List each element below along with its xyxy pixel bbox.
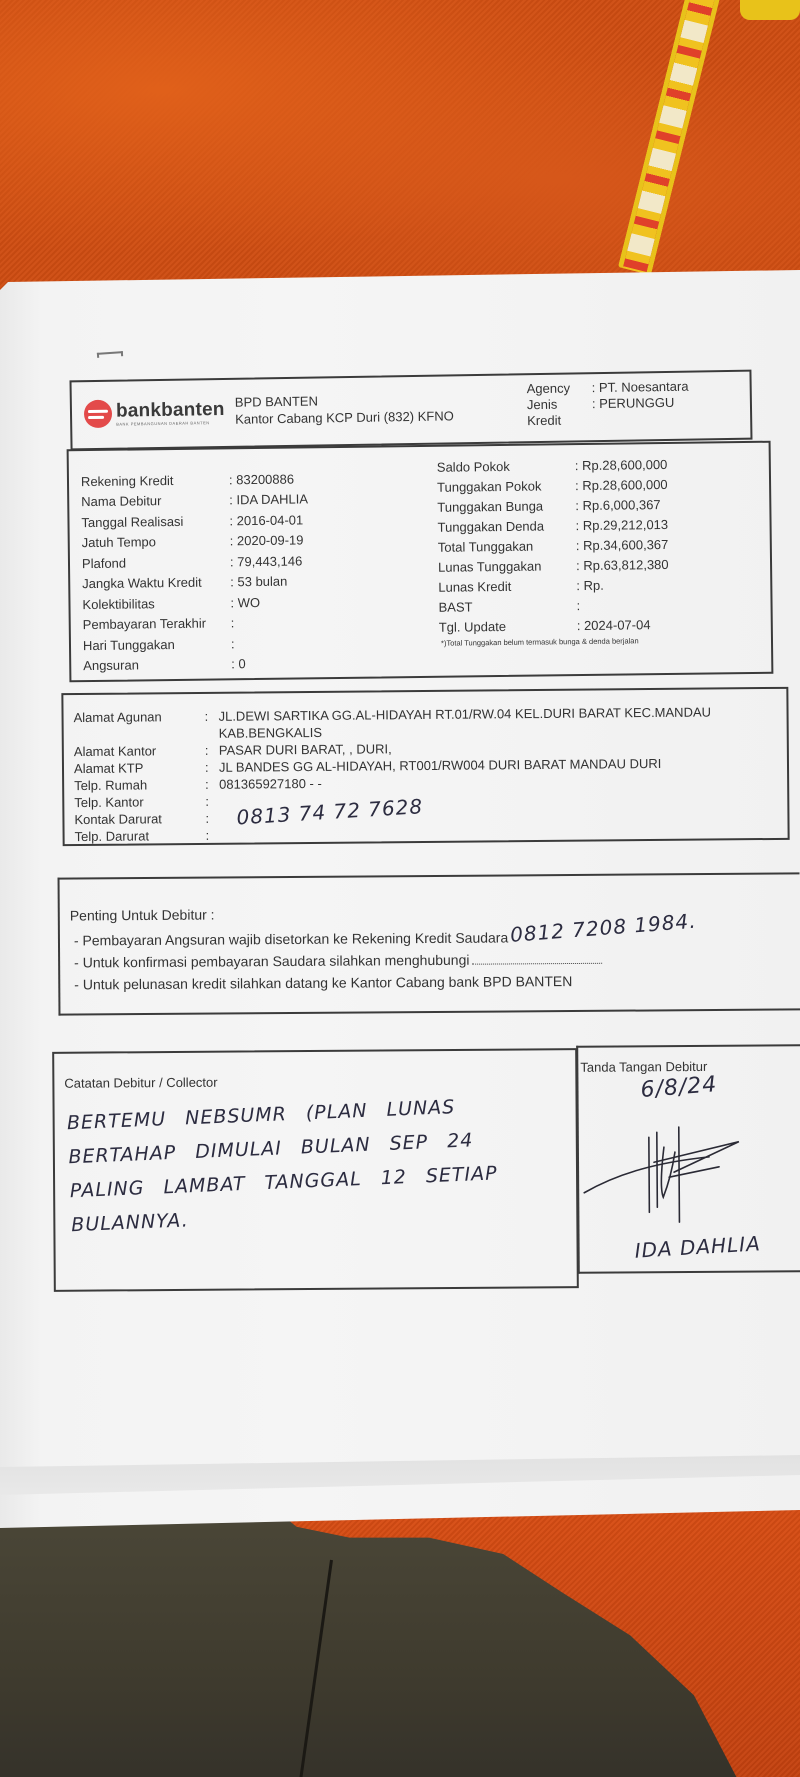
field-label: Tunggakan Bunga (437, 498, 575, 515)
colon: : (205, 810, 219, 827)
field-value: : 0 (231, 656, 246, 671)
address-label: Alamat Kantor (74, 742, 205, 760)
collector-title: Catatan Debitur / Collector (64, 1075, 217, 1091)
field-row: Plafond: 79,443,146 (82, 550, 309, 573)
field-row: Nama Debitur: IDA DAHLIA (81, 489, 308, 512)
field-value: : Rp. (576, 577, 604, 592)
field-value: : (231, 636, 235, 651)
field-label: Total Tunggakan (438, 538, 576, 555)
field-row: Rekening Kredit: 83200886 (81, 468, 308, 491)
address-label: Telp. Kantor (74, 793, 205, 811)
signature-box: Tanda Tangan Debitur 6/8/24 IDA DAHLIA (576, 1044, 800, 1274)
collector-notes-box: Catatan Debitur / Collector Bertemu nebs… (52, 1048, 579, 1292)
bank-info: BPD BANTEN Kantor Cabang KCP Duri (832) … (235, 390, 454, 427)
bank-logo: bankbanten BANK PEMBANGUNAN DAERAH BANTE… (84, 398, 225, 428)
field-row: Jangka Waktu Kredit: 53 bulan (82, 571, 309, 594)
decorative-braid-knot (740, 0, 800, 20)
field-row: Tunggakan Bunga: Rp.6,000,367 (437, 494, 668, 517)
signature-date: 6/8/24 (640, 1072, 719, 1103)
field-row: Jatuh Tempo: 2020-09-19 (82, 530, 309, 553)
field-row: Tgl. Update: 2024-07-04 (439, 614, 670, 637)
field-value: : Rp.6,000,367 (575, 497, 660, 513)
jenis-kredit-label: Jenis Kredit (527, 396, 592, 429)
notice-item: - Untuk pelunasan kredit silahkan datang… (74, 970, 602, 996)
field-row: Lunas Tunggakan: Rp.63,812,380 (438, 554, 669, 577)
notice-box: Penting Untuk Debitur : - Pembayaran Ang… (58, 872, 800, 1015)
signature-title: Tanda Tangan Debitur (580, 1059, 707, 1075)
field-value: : 53 bulan (230, 574, 287, 590)
field-value: : (231, 616, 235, 631)
agency-label: Agency (527, 380, 592, 397)
field-value: : Rp.63,812,380 (576, 556, 669, 572)
field-value: : Rp.29,212,013 (575, 516, 668, 532)
field-label: Tunggakan Pokok (437, 478, 575, 495)
field-label: Tunggakan Denda (437, 518, 575, 535)
field-value: : IDA DAHLIA (229, 492, 308, 508)
footnote: *)Total Tunggakan belum termasuk bunga &… (441, 636, 670, 648)
notice-title: Penting Untuk Debitur : (70, 906, 215, 923)
field-value: : 2016-04-01 (229, 512, 303, 528)
field-label: Plafond (82, 554, 230, 571)
field-label: Saldo Pokok (437, 458, 575, 475)
field-row: Angsuran: 0 (83, 653, 310, 676)
logo-name: bankbanten (116, 399, 225, 421)
field-label: Hari Tunggakan (83, 636, 231, 653)
field-row: Saldo Pokok: Rp.28,600,000 (437, 454, 668, 477)
field-label: Pembayaran Terakhir (83, 616, 231, 633)
colon: : (205, 776, 219, 793)
address-label: Alamat KTP (74, 759, 205, 777)
dotted-line (472, 963, 602, 965)
field-label: Tgl. Update (439, 618, 577, 635)
field-value: : WO (230, 595, 260, 610)
field-value: : 79,443,146 (230, 553, 302, 569)
jenis-kredit-value: : PERUNGGU (592, 395, 675, 428)
field-value: : 83200886 (229, 471, 294, 487)
address-box: Alamat Agunan:JL.DEWI SARTIKA GG.AL-HIDA… (61, 687, 789, 846)
header-box: bankbanten BANK PEMBANGUNAN DAERAH BANTE… (69, 370, 752, 451)
agency-value: : PT. Noesantara (592, 379, 689, 397)
field-row: Tunggakan Denda: Rp.29,212,013 (437, 514, 668, 537)
field-value: : Rp.28,600,000 (575, 476, 668, 492)
field-label: Lunas Kredit (438, 578, 576, 595)
signature-name: IDA DAHLIA (634, 1231, 761, 1262)
field-label: Jatuh Tempo (82, 534, 230, 551)
field-row: Pembayaran Terakhir: (83, 612, 310, 635)
signature-mark-icon (579, 1116, 780, 1227)
handwritten-collector-note: Bertemu nebsumr (plan lunas bertahap dim… (66, 1086, 561, 1242)
account-box: Rekening Kredit: 83200886Nama Debitur: I… (67, 441, 774, 683)
field-label: Lunas Tunggakan (438, 558, 576, 575)
field-value: : Rp.34,600,367 (576, 536, 669, 552)
account-left-column: Rekening Kredit: 83200886Nama Debitur: I… (81, 468, 310, 676)
field-label: BAST (438, 598, 576, 615)
field-row: Total Tunggakan: Rp.34,600,367 (438, 534, 669, 557)
branch-name: Kantor Cabang KCP Duri (832) KFNO (235, 407, 454, 427)
address-value: JL.DEWI SARTIKA GG.AL-HIDAYAH RT.01/RW.0… (218, 703, 758, 742)
colon: : (205, 759, 219, 776)
address-label: Telp. Darurat (75, 827, 206, 845)
logo-tagline: BANK PEMBANGUNAN DAERAH BANTEN (116, 419, 225, 426)
field-value: : Rp.28,600,000 (575, 456, 668, 472)
colon: : (205, 742, 219, 759)
field-label: Rekening Kredit (81, 472, 229, 489)
field-row: BAST: (438, 594, 669, 617)
address-list: Alamat Agunan:JL.DEWI SARTIKA GG.AL-HIDA… (73, 703, 759, 845)
address-label: Telp. Rumah (74, 776, 205, 794)
field-label: Angsuran (83, 657, 231, 674)
field-label: Nama Debitur (81, 493, 229, 510)
account-right-column: Saldo Pokok: Rp.28,600,000Tunggakan Poko… (437, 454, 670, 648)
field-row: Tanggal Realisasi: 2016-04-01 (81, 509, 308, 532)
address-label: Alamat Agunan (73, 708, 204, 743)
field-row: Tunggakan Pokok: Rp.28,600,000 (437, 474, 668, 497)
bankbanten-logo-icon (84, 400, 112, 428)
colon: : (206, 827, 220, 844)
field-value: : (576, 598, 580, 613)
field-value: : 2020-09-19 (230, 533, 304, 549)
field-value: : 2024-07-04 (577, 617, 651, 633)
colon: : (205, 793, 219, 810)
colon: : (204, 708, 218, 742)
field-label: Jangka Waktu Kredit (82, 575, 230, 592)
field-row: Kolektibilitas: WO (82, 591, 309, 614)
handwritten-phone: 0812 7208 1984. (509, 909, 697, 947)
address-label: Kontak Darurat (74, 810, 205, 828)
field-row: Lunas Kredit: Rp. (438, 574, 669, 597)
field-row: Hari Tunggakan: (83, 632, 310, 655)
field-label: Kolektibilitas (82, 595, 230, 612)
field-label: Tanggal Realisasi (81, 513, 229, 530)
agency-info: Agency: PT. Noesantara Jenis Kredit: PER… (527, 379, 690, 430)
